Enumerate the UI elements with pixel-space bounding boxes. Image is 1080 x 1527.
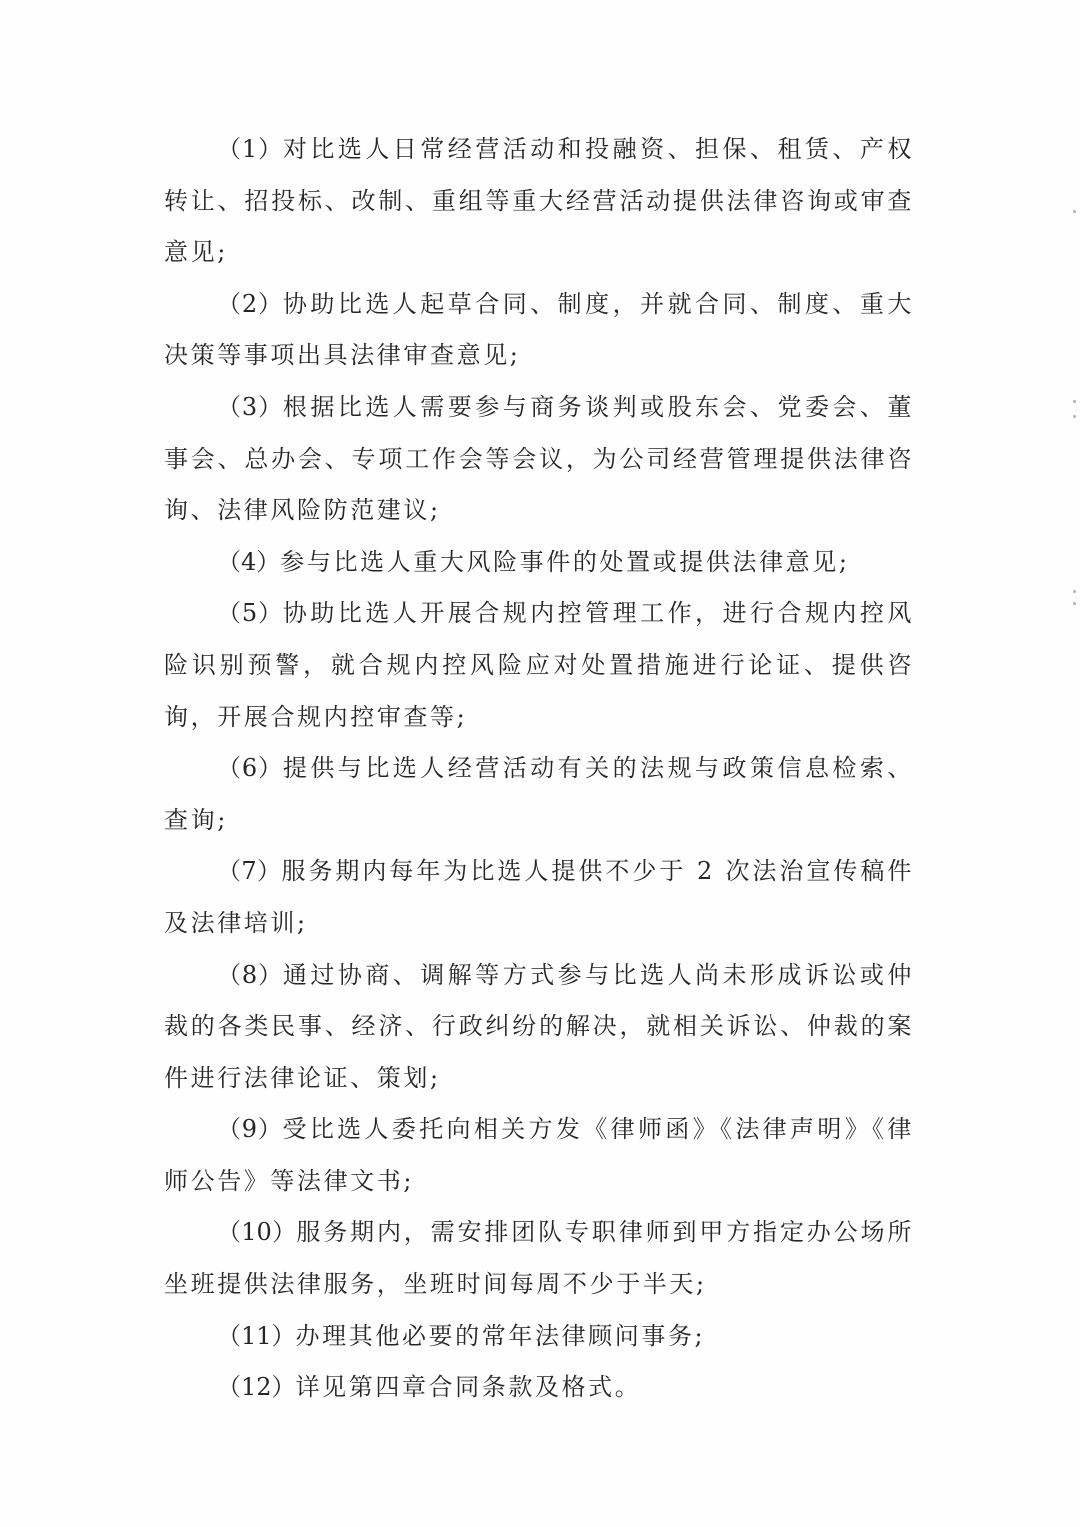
scan-mark [1073, 400, 1076, 403]
item-number: （12） [217, 1373, 296, 1401]
scan-mark [1073, 602, 1076, 605]
scan-artifact-marks [1070, 190, 1076, 630]
list-item-1: （1）对比选人日常经营活动和投融资、担保、租赁、产权转让、招投标、改制、重组等重… [164, 124, 914, 279]
item-number: （11） [217, 1322, 296, 1350]
scan-mark [1073, 415, 1076, 418]
document-page: （1）对比选人日常经营活动和投融资、担保、租赁、产权转让、招投标、改制、重组等重… [0, 0, 1080, 1527]
list-item-4: （4）参与比选人重大风险事件的处置或提供法律意见; [164, 537, 914, 589]
list-item-9: （9）受比选人委托向相关方发《律师函》《法律声明》《律师公告》等法律文书; [164, 1104, 914, 1207]
item-number: （4） [217, 548, 280, 576]
list-item-6: （6）提供与比选人经营活动有关的法规与政策信息检索、查询; [164, 743, 914, 846]
item-number: （2） [217, 290, 283, 318]
list-item-7: （7）服务期内每年为比选人提供不少于 2 次法治宣传稿件及法律培训; [164, 846, 914, 949]
item-number: （5） [217, 599, 283, 627]
scan-mark [1073, 590, 1076, 593]
list-item-8: （8）通过协商、调解等方式参与比选人尚未形成诉讼或仲裁的各类民事、经济、行政纠纷… [164, 950, 914, 1105]
list-item-12: （12）详见第四章合同条款及格式。 [164, 1362, 914, 1414]
list-item-2: （2）协助比选人起草合同、制度，并就合同、制度、重大决策等事项出具法律审查意见; [164, 279, 914, 382]
item-text: 办理其他必要的常年法律顾问事务; [296, 1322, 706, 1350]
item-number: （1） [217, 135, 283, 163]
item-text: 详见第四章合同条款及格式。 [296, 1373, 642, 1401]
item-number: （8） [217, 961, 283, 989]
item-number: （10） [217, 1218, 296, 1246]
item-number: （7） [217, 857, 281, 885]
item-number: （3） [217, 393, 283, 421]
list-item-10: （10）服务期内，需安排团队专职律师到甲方指定办公场所坐班提供法律服务，坐班时间… [164, 1207, 914, 1310]
item-text: 参与比选人重大风险事件的处置或提供法律意见; [280, 548, 849, 576]
item-number: （9） [217, 1115, 283, 1143]
list-item-5: （5）协助比选人开展合规内控管理工作，进行合规内控风险识别预警，就合规内控风险应… [164, 588, 914, 743]
item-number: （6） [217, 754, 283, 782]
list-item-11: （11）办理其他必要的常年法律顾问事务; [164, 1311, 914, 1363]
scan-mark [1073, 210, 1076, 213]
list-item-3: （3）根据比选人需要参与商务谈判或股东会、党委会、董事会、总办会、专项工作会等会… [164, 382, 914, 537]
document-body: （1）对比选人日常经营活动和投融资、担保、租赁、产权转让、招投标、改制、重组等重… [164, 124, 914, 1414]
